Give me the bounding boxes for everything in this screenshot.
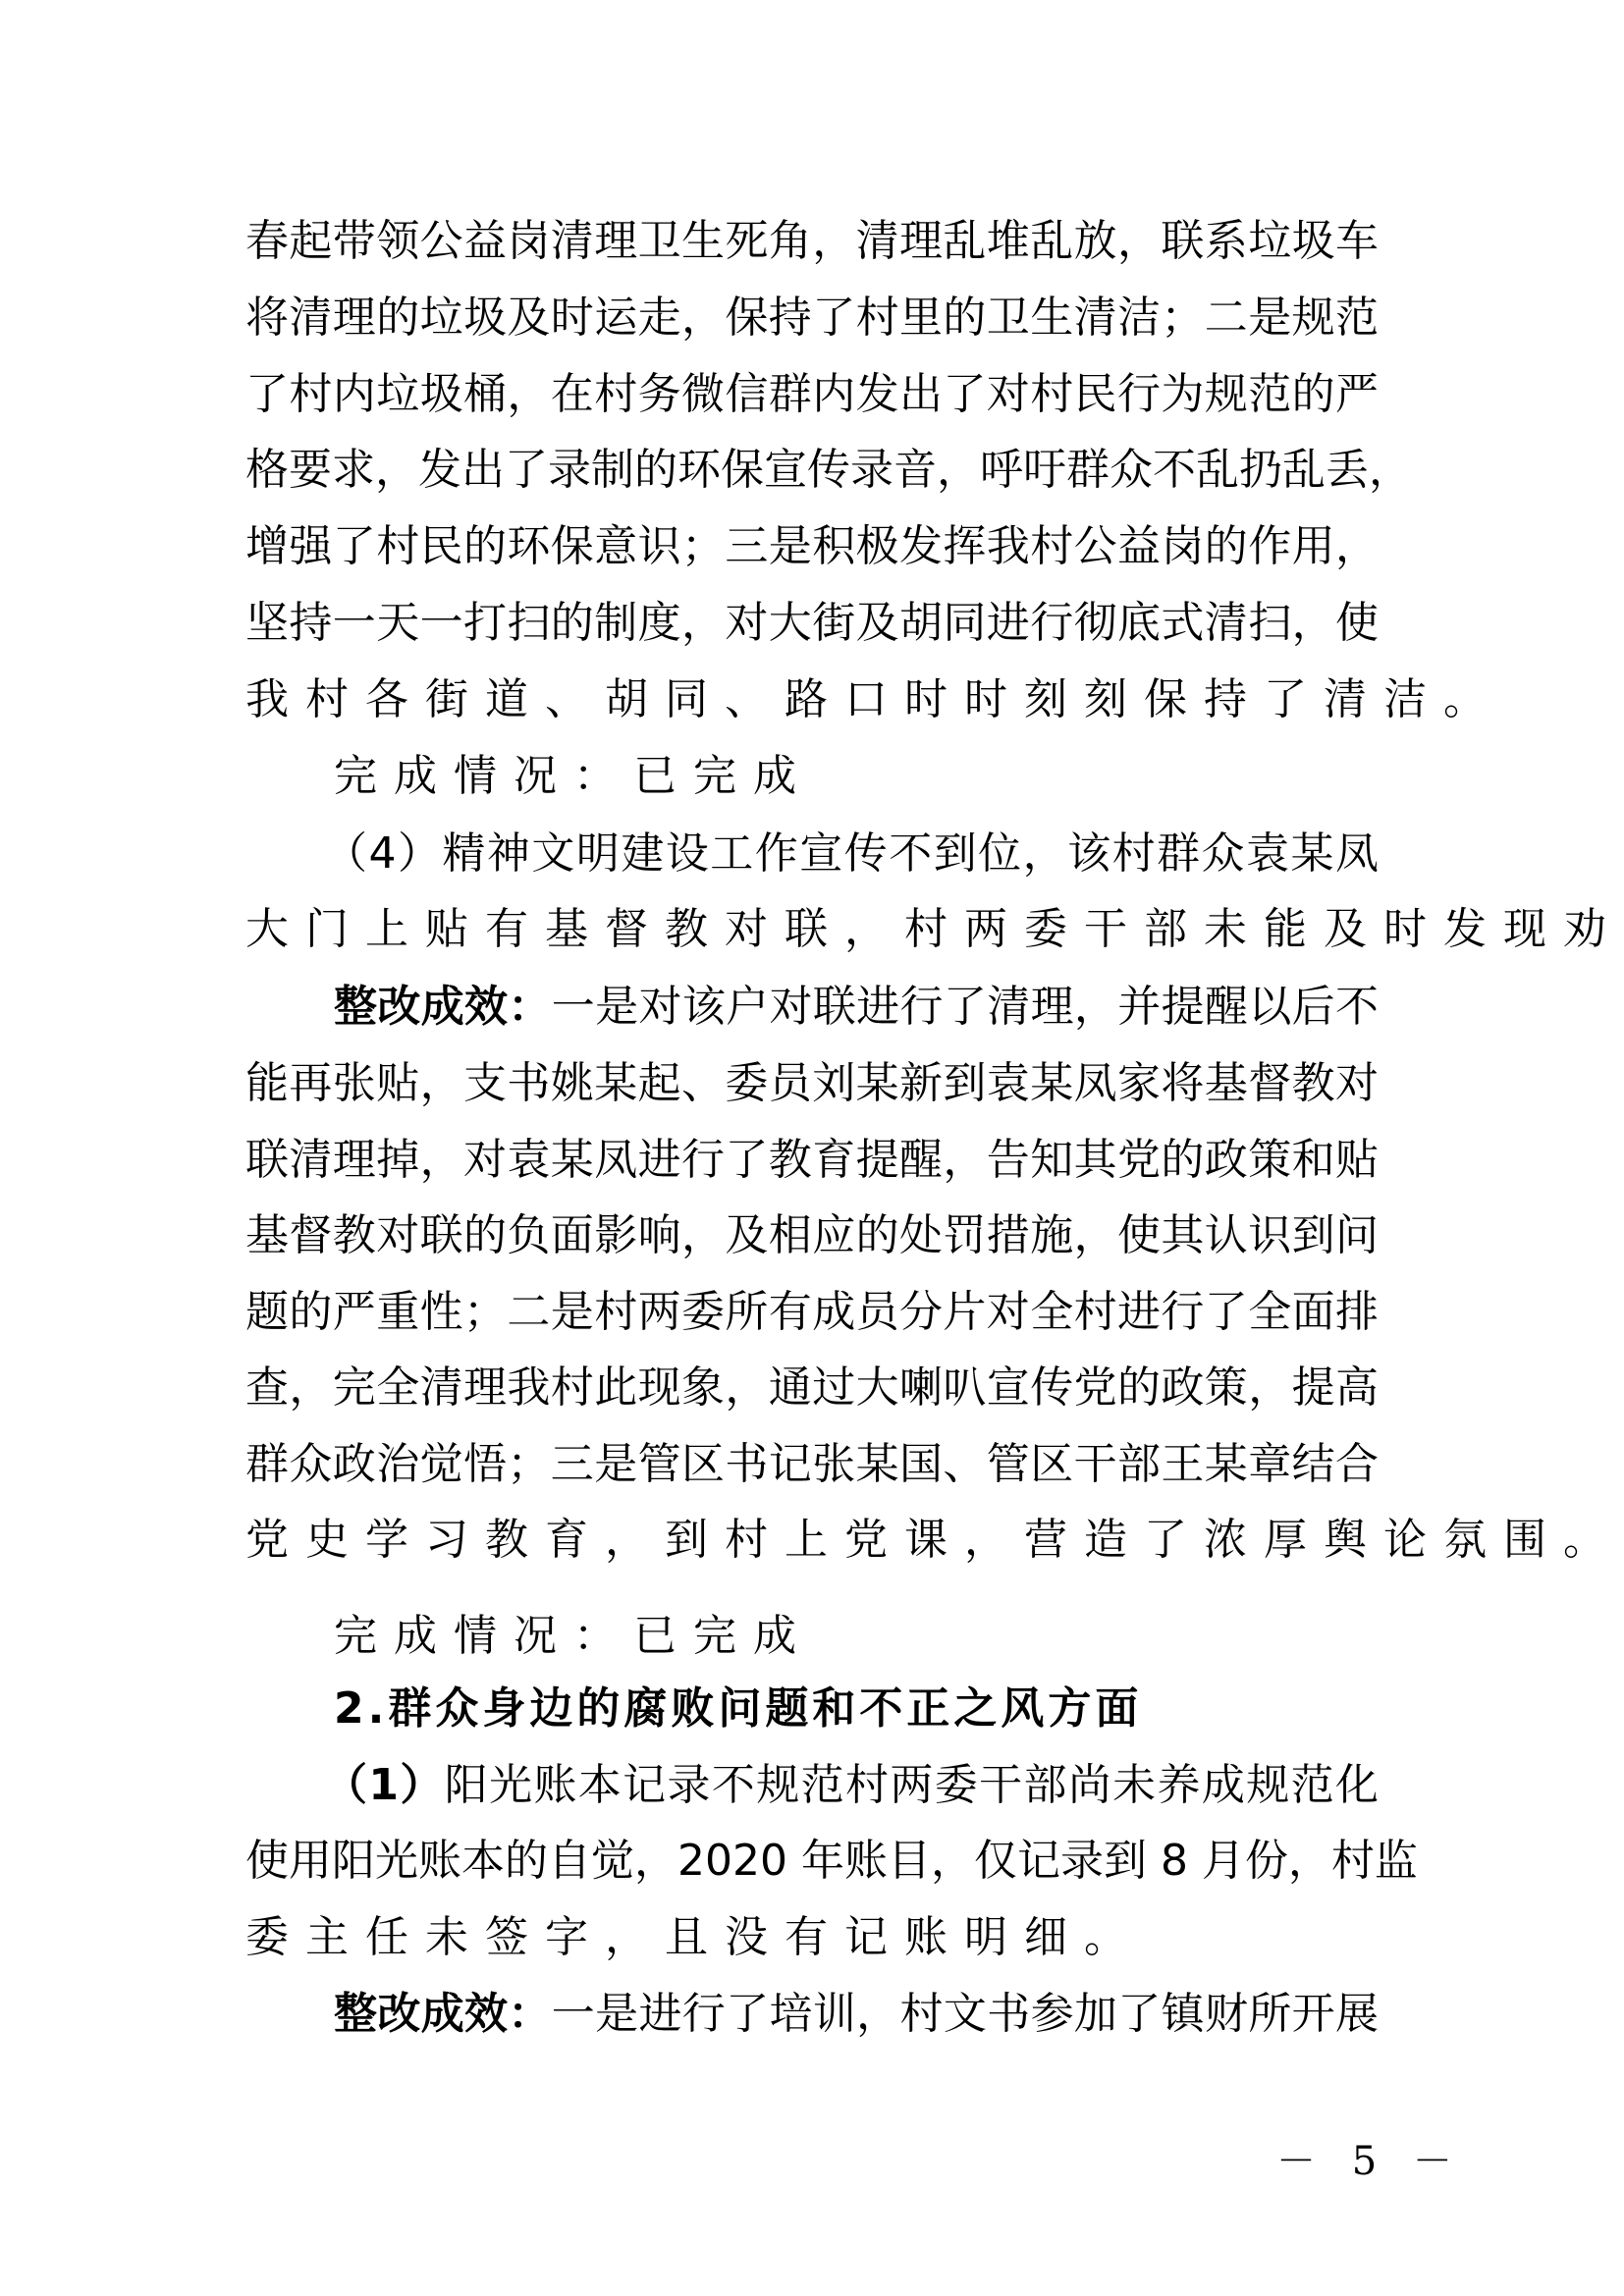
rectification-text: 一是进行了培训，村文书参加了镇财所开展 [552, 1989, 1379, 2039]
body-text-line: 春起带领公益岗清理卫生死角，清理乱堆乱放，联系垃圾车 [245, 210, 1379, 273]
body-text-line: 格要求，发出了录制的环保宣传录音，呼吁群众不乱扔乱丢， [245, 439, 1379, 502]
body-text-line: 联清理掉，对袁某凤进行了教育提醒，告知其党的政策和贴 [245, 1129, 1379, 1192]
rectification-result: 整改成效：一是对该户对联进行了清理，并提醒以后不 [334, 976, 1379, 1039]
body-text-line: 委主任未签字，且没有记账明细。 [245, 1906, 1379, 1969]
completion-status: 完成情况：已完成 [334, 745, 1379, 808]
issue-item-1: （1）阳光账本记录不规范村两委干部尚未养成规范化 [324, 1754, 1379, 1817]
issue-item-4: （4）精神文明建设工作宣传不到位，该村群众袁某凤 [324, 823, 1379, 885]
body-text-line: 题的严重性；二是村两委所有成员分片对全村进行了全面排 [245, 1281, 1379, 1344]
body-text-line: 了村内垃圾桶，在村务微信群内发出了对村民行为规范的严 [245, 363, 1379, 426]
body-text-line: 将清理的垃圾及时运走，保持了村里的卫生清洁；二是规范 [245, 287, 1379, 349]
completion-status: 完成情况：已完成 [334, 1605, 1379, 1668]
body-text-line: 基督教对联的负面影响，及相应的处罚措施，使其认识到问 [245, 1204, 1379, 1267]
body-text-line: 我村各街道、胡同、路口时时刻刻保持了清洁。 [245, 668, 1379, 731]
issue-text: 阳光账本记录不规范村两委干部尚未养成规范化 [445, 1760, 1379, 1810]
body-text-line: 大门上贴有基督教对联，村两委干部未能及时发现劝阻。 [245, 898, 1379, 961]
rectification-label: 整改成效： [334, 1989, 552, 2039]
rectification-text: 一是对该户对联进行了清理，并提醒以后不 [552, 982, 1379, 1032]
body-text-line: 能再张贴，支书姚某起、委员刘某新到袁某凤家将基督教对 [245, 1052, 1379, 1115]
body-text-line: 群众政治觉悟；三是管区书记张某国、管区干部王某章结合 [245, 1433, 1379, 1496]
body-text-line: 查，完全清理我村此现象，通过大喇叭宣传党的政策，提高 [245, 1357, 1379, 1419]
rectification-label: 整改成效： [334, 982, 552, 1032]
item-number: （1） [324, 1760, 445, 1810]
body-text-line: 增强了村民的环保意识；三是积极发挥我村公益岗的作用， [245, 515, 1379, 578]
document-page: 春起带领公益岗清理卫生死角，清理乱堆乱放，联系垃圾车 将清理的垃圾及时运走，保持… [0, 0, 1624, 2296]
body-text-line: 使用阳光账本的自觉，2020 年账目，仅记录到 8 月份，村监 [245, 1830, 1379, 1893]
body-text-line: 党史学习教育，到村上党课，营造了浓厚舆论氛围。 [245, 1509, 1379, 1572]
section-heading: 2.群众身边的腐败问题和不正之风方面 [334, 1678, 1379, 1740]
page-number: － 5 － [1276, 2130, 1464, 2186]
rectification-result: 整改成效：一是进行了培训，村文书参加了镇财所开展 [334, 1983, 1379, 2046]
body-text-line: 坚持一天一打扫的制度，对大街及胡同进行彻底式清扫，使 [245, 592, 1379, 655]
